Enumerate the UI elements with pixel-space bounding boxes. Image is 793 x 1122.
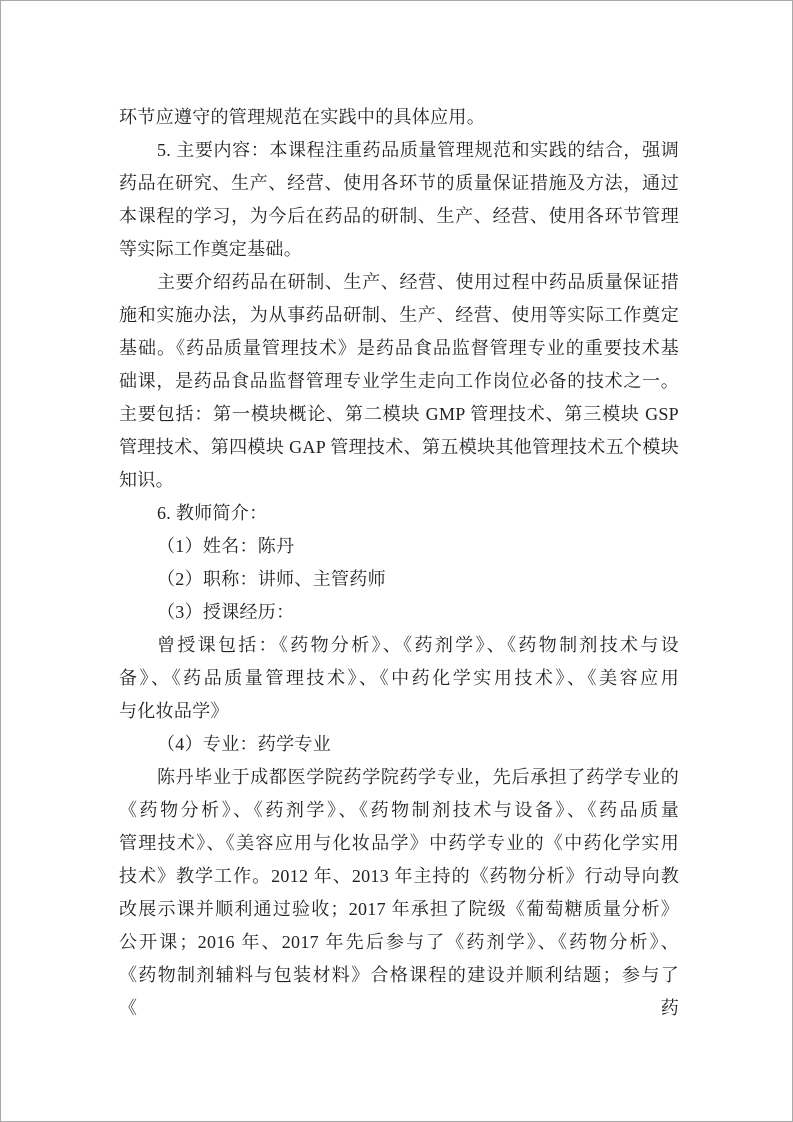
text-line: 主要包括：第一模块概论、第二模块 GMP 管理技术、第三模块 GSP	[119, 398, 679, 431]
text-line: 施和实施办法，为从事药品研制、生产、经营、使用等实际工作奠定	[119, 299, 679, 332]
text-line: 础课，是药品食品监督管理专业学生走向工作岗位必备的技术之一。	[119, 365, 679, 398]
text-line: 药品在研究、生产、经营、使用各环节的质量保证措施及方法，通过	[119, 167, 679, 200]
text-line: 主要介绍药品在研制、生产、经营、使用过程中药品质量保证措	[119, 266, 679, 299]
text-line: 与化妆品学》	[119, 695, 679, 728]
text-line: 管理技术》、《美容应用与化妆品学》中药学专业的《中药化学实用	[119, 827, 679, 860]
text-line: 本课程的学习，为今后在药品的研制、生产、经营、使用各环节管理	[119, 200, 679, 233]
text-line: 《药物分析》、《药剂学》、《药物制剂技术与设备》、《药品质量	[119, 794, 679, 827]
text-line: （4）专业：药学专业	[119, 728, 679, 761]
text-line: 管理技术、第四模块 GAP 管理技术、第五模块其他管理技术五个模块	[119, 431, 679, 464]
text-line: 曾授课包括：《药物分析》、《药剂学》、《药物制剂技术与设	[119, 629, 679, 662]
text-line: 《药物制剂辅料与包装材料》合格课程的建设并顺利结题；参与了《药	[119, 959, 679, 992]
text-line: 技术》教学工作。2012 年、2013 年主持的《药物分析》行动导向教	[119, 860, 679, 893]
text-line: 改展示课并顺利通过验收；2017 年承担了院级《葡萄糖质量分析》	[119, 893, 679, 926]
text-line: 环节应遵守的管理规范在实践中的具体应用。	[119, 101, 679, 134]
text-line: （1）姓名：陈丹	[119, 530, 679, 563]
text-line: 知识。	[119, 464, 679, 497]
document-body: 环节应遵守的管理规范在实践中的具体应用。5. 主要内容：本课程注重药品质量管理规…	[119, 101, 679, 992]
text-line: 备》、《药品质量管理技术》、《中药化学实用技术》、《美容应用	[119, 662, 679, 695]
document-page: 环节应遵守的管理规范在实践中的具体应用。5. 主要内容：本课程注重药品质量管理规…	[0, 0, 793, 1122]
text-line: 基础。《药品质量管理技术》是药品食品监督管理专业的重要技术基	[119, 332, 679, 365]
text-line: 陈丹毕业于成都医学院药学院药学专业，先后承担了药学专业的	[119, 761, 679, 794]
text-line: 公开课；2016 年、2017 年先后参与了《药剂学》、《药物分析》、	[119, 926, 679, 959]
text-line: 6. 教师简介：	[119, 497, 679, 530]
text-line: （2）职称：讲师、主管药师	[119, 563, 679, 596]
text-line: （3）授课经历：	[119, 596, 679, 629]
text-line: 等实际工作奠定基础。	[119, 233, 679, 266]
text-line: 5. 主要内容：本课程注重药品质量管理规范和实践的结合，强调	[119, 134, 679, 167]
